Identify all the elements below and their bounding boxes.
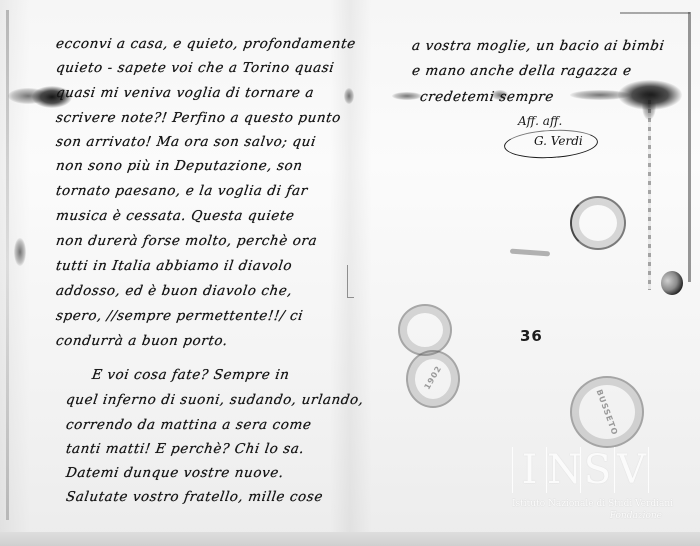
letter-line: quieto - sapete voi che a Torino quasi <box>55 60 336 76</box>
letter-line: quasi mi veniva voglia di tornare a <box>55 85 315 101</box>
letter-line: ecconvi a casa, e quieto, profondamente <box>55 36 357 52</box>
letter-line: E voi cosa fate? Sempre in <box>91 367 291 383</box>
letter-line: quel inferno di suoni, sudando, urlando, <box>65 392 365 408</box>
letter-line: condurrà a buon porto. <box>55 333 229 349</box>
postmark-stamp <box>570 196 626 250</box>
signature: G. Verdi <box>534 134 583 148</box>
signature-block: Aff. aff. G. Verdi <box>504 110 604 160</box>
letter-line: tanti matti! E perchè? Chi lo sa. <box>65 441 306 457</box>
hole-mark <box>661 271 683 295</box>
watermark-name: Istituto Nazionale di Studi Verdiani <box>512 499 662 509</box>
letter-line: Datemi dunque vostre nuove. <box>65 465 285 481</box>
letter-line: tornato paesano, e la voglia di far <box>55 183 309 199</box>
letter-line: addosso, ed è buon diavolo che, <box>55 283 294 299</box>
letter-line: a vostra moglie, un bacio ai bimbi <box>411 38 666 54</box>
insv-watermark: I N S V Istituto Nazionale di Studi Verd… <box>512 447 662 527</box>
postmark-stamp <box>398 304 452 356</box>
letter-line: Salutate vostro fratello, mille cose <box>65 489 324 505</box>
letter-line: spero, //sempre permettente!!/ ci <box>55 308 304 324</box>
smudge-right-drip <box>642 92 656 120</box>
page-number: 36 <box>520 327 543 345</box>
smudge-fold-1 <box>392 92 422 100</box>
letter-line: credetemi sempre <box>419 89 555 105</box>
letter-scan: ecconvi a casa, e quieto, profondamente … <box>0 0 700 546</box>
letter-line: non sono più in Deputazione, son <box>55 158 304 174</box>
postmark-stamp: 1902 <box>406 350 460 408</box>
grey-streak <box>510 249 550 257</box>
fold-crease <box>648 100 651 290</box>
paper-edge-right <box>688 12 691 282</box>
watermark-logo: I N S V <box>512 447 649 497</box>
letter-line: correndo da mattina a sera come <box>65 417 313 433</box>
paper-edge-left <box>6 10 9 520</box>
letter-line: e mano anche della ragazza e <box>411 63 633 79</box>
letter-line: son arrivato! Ma ora son salvo; qui <box>55 134 317 150</box>
watermark-subtitle: Fondazione <box>610 511 662 521</box>
letter-line: musica è cessata. Questa quiete <box>55 208 296 224</box>
paper-edge-top-right <box>620 12 690 14</box>
smudge-left <box>8 88 48 104</box>
letter-line: tutti in Italia abbiamo il diavolo <box>55 258 293 274</box>
smudge-left-lower <box>14 238 26 266</box>
scan-bottom-band <box>0 532 700 546</box>
letter-line: scrivere note?! Perfino a questo punto <box>55 110 342 126</box>
smudge-center <box>344 88 354 104</box>
bracket-mark <box>347 265 354 298</box>
letter-line: non durerà forse molto, perchè ora <box>55 233 318 249</box>
postmark-stamp-busseto: BUSSETO <box>570 376 644 448</box>
closing: Aff. aff. <box>518 114 562 128</box>
